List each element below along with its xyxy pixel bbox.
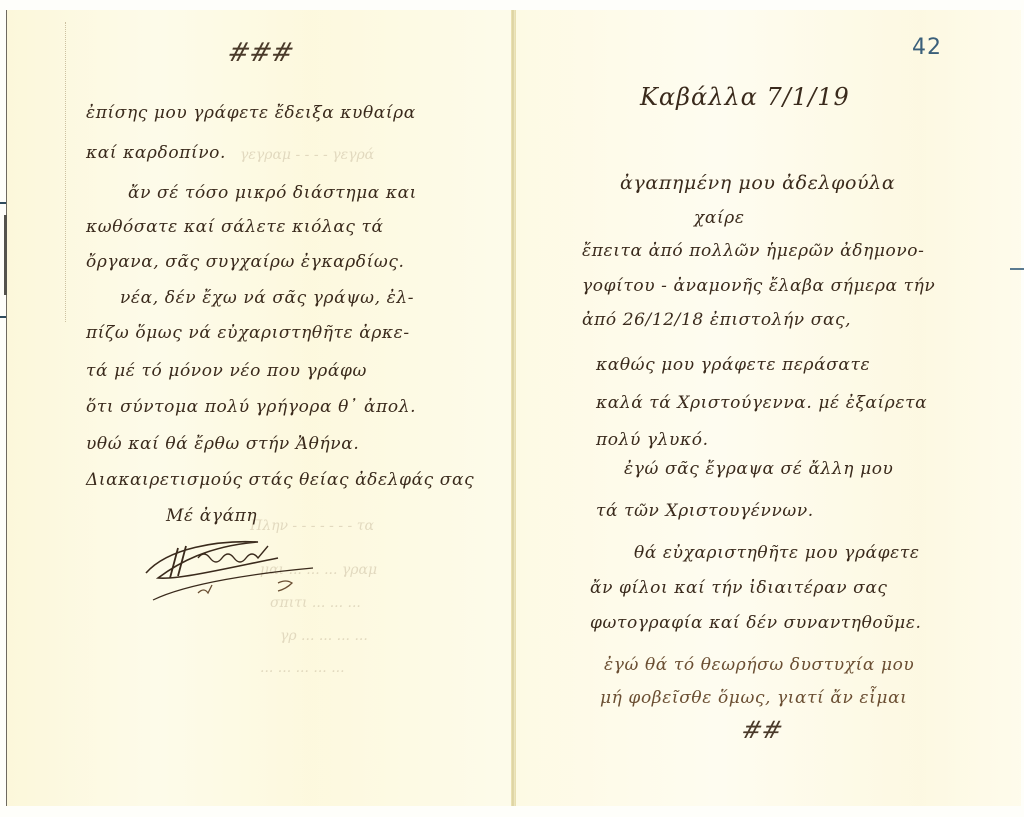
right-line-13: μή φοβεῖσθε ὅμως, γιατί ἄν εἶμαι <box>600 688 907 708</box>
salutation: ἀγαπημένη μου ἀδελφούλα <box>620 172 895 194</box>
right-line-10: ἄν φίλοι καί τήν ἰδιαιτέραν σας <box>590 578 888 598</box>
left-line-11: Διακαιρετισμούς στάς θείας ἀδελφάς σας <box>86 470 474 490</box>
margin-rule <box>65 22 67 322</box>
binding-tick-bottom <box>0 316 6 318</box>
page-mark-top: ### <box>224 38 297 68</box>
right-line-5: καλά τά Χριστούγεννα. μέ ἐξαίρετα <box>596 393 927 413</box>
bleed-through-text: γεγραμ - - - - γεγρά <box>240 147 374 163</box>
right-line-9: θά εὐχαριστηθῆτε μου γράφετε <box>634 543 920 563</box>
right-line-1: ἔπειτα ἀπό πολλῶν ἡμερῶν ἀδημονο- <box>582 241 924 261</box>
closing-phrase: Μέ ἀγάπη <box>166 506 257 526</box>
right-line-8: τά τῶν Χριστουγέννων. <box>596 501 814 521</box>
binding-strip <box>4 215 7 295</box>
right-line-3: ἀπό 26/12/18 ἐπιστολήν σας, <box>582 310 851 330</box>
place-and-date: Καβάλλα 7/1/19 <box>640 83 850 111</box>
left-line-5: ὄργανα, σᾶς συγχαίρω ἐγκαρδίως. <box>86 252 405 272</box>
left-line-7: πίζω ὅμως νά εὐχαριστηθῆτε ἀρκε- <box>86 323 410 343</box>
left-line-3: ἄν σέ τόσο μικρό διάστημα και <box>128 183 417 203</box>
folio-number: 42 <box>912 35 942 60</box>
right-line-12: ἐγώ θά τό θεωρήσω δυστυχία μου <box>604 655 914 675</box>
right-line-4: καθώς μου γράφετε περάσατε <box>596 355 870 375</box>
bleed-through-text: γρ ... ... ... ... <box>280 628 368 644</box>
left-line-10: υθώ καί θά ἔρθω στήν Ἀθήνα. <box>86 434 359 454</box>
right-line-6: πολύ γλυκό. <box>596 430 709 450</box>
left-line-2: καί καρδοπίνο. <box>86 143 226 163</box>
page-mark-bottom: ## <box>738 716 786 744</box>
binding-tick-top <box>0 202 6 204</box>
bleed-through-text: ... ... ... ... ... <box>260 660 345 676</box>
right-line-11: φωτογραφία καί δέν συναντηθοῦμε. <box>590 613 922 633</box>
greeting: χαίρε <box>694 208 745 228</box>
left-line-8: τά μέ τό μόνον νέο που γράφω <box>86 361 367 381</box>
left-line-6: νέα, δέν ἔχω νά σᾶς γράψω, ἐλ- <box>120 288 414 308</box>
right-line-7: ἐγώ σᾶς ἔγραψα σέ ἄλλη μου <box>624 459 894 479</box>
left-line-1: ἐπίσης μου γράφετε ἔδειξα κυθαίρα <box>86 103 416 123</box>
right-line-2: γοφίτου - ἀναμονῆς ἔλαβα σήμερα τήν <box>582 276 935 296</box>
scanned-letter: γεγραμ - - - - γεγρά Πλην - - - - - - - … <box>0 0 1024 817</box>
edge-tick <box>1010 268 1024 270</box>
signature <box>138 528 323 608</box>
left-line-4: κωθόσατε καί σάλετε κιόλας τά <box>86 217 384 237</box>
left-line-9: ὅτι σύντομα πολύ γρήγορα θ᾽ ἀπολ. <box>86 397 416 417</box>
